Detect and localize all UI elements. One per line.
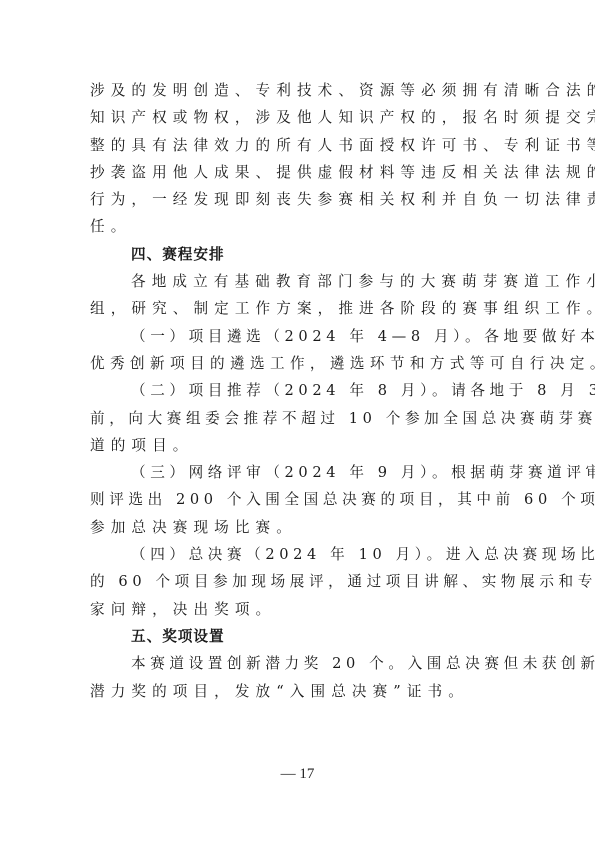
stage-line: （二）项目推荐（2024 年 8 月）。请各地于 8 月 31 日 — [90, 377, 512, 404]
paragraph-line: 行为，一经发现即刻丧失参赛相关权利并自负一切法律责 — [90, 186, 512, 213]
paragraph-line: 则评选出 200 个入围全国总决赛的项目，其中前 60 个项目 — [90, 486, 512, 513]
paragraph-line: 本赛道设置创新潜力奖 20 个。入围总决赛但未获创新 — [90, 650, 512, 677]
paragraph-line: 家问辩，决出奖项。 — [90, 596, 512, 623]
paragraph-line: 前，向大赛组委会推荐不超过 10 个参加全国总决赛萌芽赛 — [90, 405, 512, 432]
paragraph-line: 知识产权或物权，涉及他人知识产权的，报名时须提交完 — [90, 104, 512, 131]
stage-line: （四）总决赛（2024 年 10 月）。进入总决赛现场比赛 — [90, 541, 512, 568]
page-number: — 17 — [0, 766, 595, 783]
paragraph-line: 抄袭盗用他人成果、提供虚假材料等违反相关法律法规的 — [90, 159, 512, 186]
paragraph-line: 涉及的发明创造、专利技术、资源等必须拥有清晰合法的 — [90, 77, 512, 104]
paragraph-line: 道的项目。 — [90, 432, 512, 459]
paragraph-line: 的 60 个项目参加现场展评，通过项目讲解、实物展示和专 — [90, 568, 512, 595]
paragraph-line: 潜力奖的项目，发放“入围总决赛”证书。 — [90, 678, 512, 705]
paragraph-line: 整的具有法律效力的所有人书面授权许可书、专利证书等; — [90, 132, 512, 159]
document-page: 涉及的发明创造、专利技术、资源等必须拥有清晰合法的 知识产权或物权，涉及他人知识… — [90, 77, 512, 705]
paragraph-line: 各地成立有基础教育部门参与的大赛萌芽赛道工作小 — [90, 268, 512, 295]
paragraph-line: 组，研究、制定工作方案，推进各阶段的赛事组织工作。 — [90, 295, 512, 322]
stage-line: （三）网络评审（2024 年 9 月）。根据萌芽赛道评审规 — [90, 459, 512, 486]
paragraph-line: 优秀创新项目的遴选工作，遴选环节和方式等可自行决定。 — [90, 350, 512, 377]
section-heading-schedule: 四、赛程安排 — [90, 241, 512, 268]
paragraph-line: 参加总决赛现场比赛。 — [90, 514, 512, 541]
paragraph-line: 任。 — [90, 213, 512, 240]
stage-line: （一）项目遴选（2024 年 4—8 月）。各地要做好本地 — [90, 323, 512, 350]
section-heading-awards: 五、奖项设置 — [90, 623, 512, 650]
